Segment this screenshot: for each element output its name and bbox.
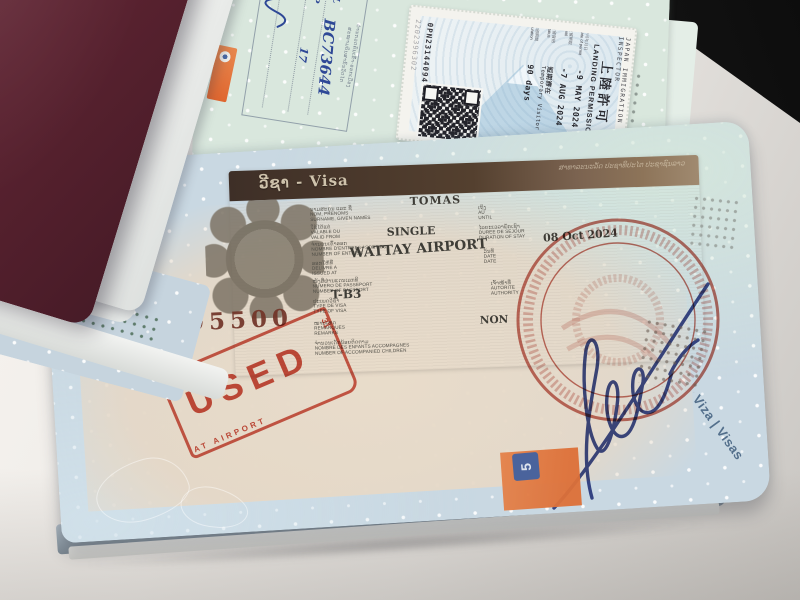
qr-code (418, 84, 481, 142)
visa-header-country: ສາທາລະນະລັດ ປະຊາທິປະໄຕ ປະຊາຊົນລາວ (545, 160, 685, 173)
handwritten-code: BC73644 (314, 18, 339, 96)
handwritten-number: 17 (295, 46, 310, 63)
braille-dots-right (635, 317, 709, 393)
value-entries: SINGLE (387, 224, 436, 239)
handwritten-svl: SVL (330, 0, 343, 4)
used-stamp-side-text: 31 (319, 317, 332, 330)
handwritten-bop: BOP (310, 0, 323, 3)
value-visa-type: T-B3 (331, 287, 362, 302)
duration-value: 90 days (521, 64, 534, 102)
value-children: NON (480, 314, 509, 327)
page-number: 5 (518, 462, 535, 471)
visa-title: ວີຊາ - Visa (259, 171, 349, 192)
field-passport-number: ໜັງສືຜ່ານແດນເລກທີ NUMERO DE PASSEPORT NU… (312, 275, 411, 295)
until-date-value: -7 AUG 2024 (553, 67, 568, 126)
handwritten-squiggle (258, 0, 303, 41)
value-name: TOMAS (410, 193, 462, 208)
permit-date-value: -9 MAY 2024 (569, 69, 584, 128)
braille-dots-top-right (687, 194, 743, 255)
guilloche-emblem (204, 198, 326, 320)
field-surname: ນາມສະກຸນ ແລະ ຊື່ NOM, PRENOMS SURNAME, G… (310, 203, 409, 223)
page-number-tab: 5 (512, 452, 540, 481)
